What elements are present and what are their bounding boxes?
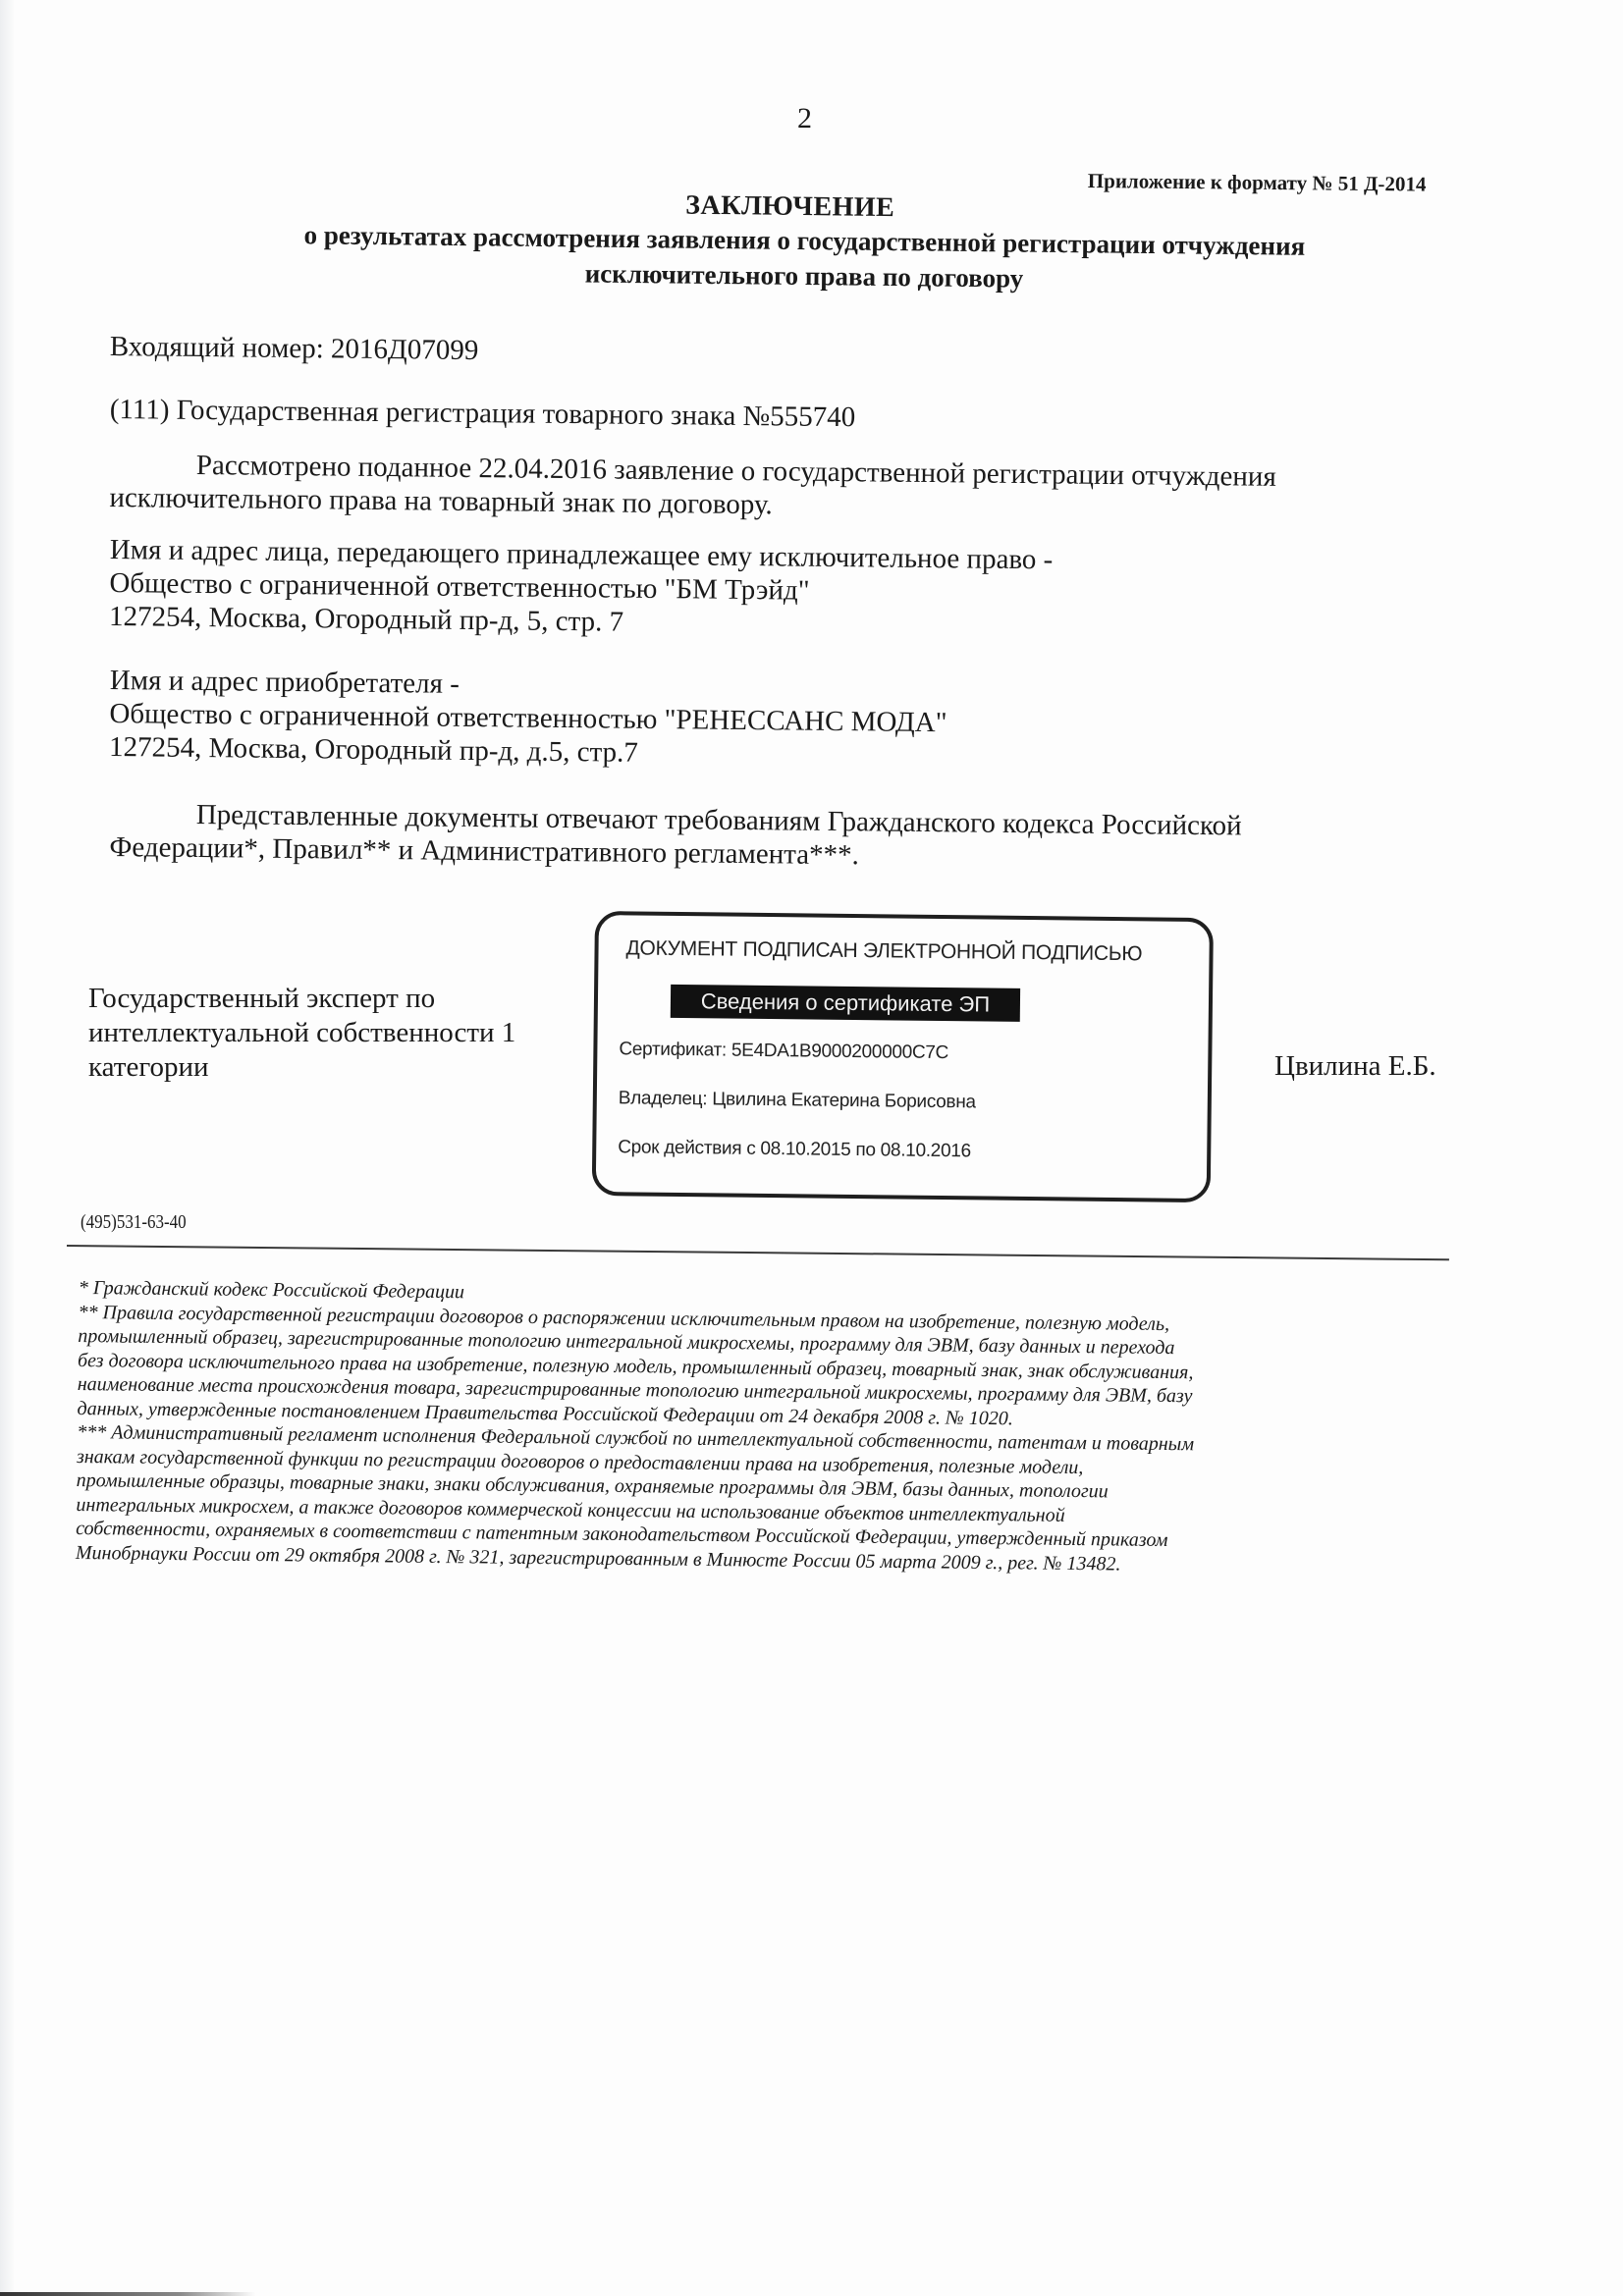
footnotes: * Гражданский кодекс Российской Федераци… [76, 1276, 1473, 1579]
incoming-number-text: Входящий номер: 2016Д07099 [110, 330, 479, 367]
scan-bottom-edge [0, 2292, 255, 2296]
page-number: 2 [797, 102, 812, 135]
stamp-certificate-banner: Сведения о сертификате ЭП [671, 985, 1020, 1022]
electronic-signature-stamp: ДОКУМЕНТ ПОДПИСАН ЭЛЕКТРОННОЙ ПОДПИСЬЮ С… [592, 911, 1214, 1202]
acquirer-section: Имя и адрес приобретателя - Общество с о… [109, 664, 947, 773]
scan-edge-shadow [0, 0, 14, 2296]
expert-line-2: интеллектуальной собственности 1 [88, 1016, 599, 1050]
phone-number: (495)531-63-40 [81, 1211, 187, 1234]
registration-text: (111) Государственная регистрация товарн… [110, 393, 856, 434]
footnote-divider [67, 1245, 1449, 1260]
expert-title: Государственный эксперт по интеллектуаль… [88, 982, 599, 1085]
conclusion-paragraph: Представленные документы отвечают требов… [109, 797, 1242, 876]
stamp-title: ДОКУМЕНТ ПОДПИСАН ЭЛЕКТРОННОЙ ПОДПИСЬЮ [625, 936, 1142, 966]
transferor-section: Имя и адрес лица, передающего принадлежа… [109, 533, 1054, 643]
appendix-note: Приложение к формату № 51 Д-2014 [1088, 169, 1427, 197]
signer-name: Цвилина Е.Б. [1274, 1050, 1436, 1083]
scanned-page: 2 Приложение к формату № 51 Д-2014 ЗАКЛЮ… [0, 0, 1623, 2296]
expert-line-1: Государственный эксперт по [88, 982, 599, 1016]
document-title: ЗАКЛЮЧЕНИЕ о результатах рассмотрения за… [195, 185, 1414, 300]
registration-heading: (111) Государственная регистрация товарн… [110, 393, 856, 434]
stamp-certificate: Сертификат: 5E4DA1B9000200000C7C [619, 1039, 948, 1064]
considered-paragraph: Рассмотрено поданное 22.04.2016 заявлени… [109, 448, 1276, 527]
expert-line-3: категории [88, 1050, 599, 1085]
stamp-validity: Срок действия с 08.10.2015 по 08.10.2016 [618, 1137, 971, 1162]
incoming-number: Входящий номер: 2016Д07099 [110, 330, 479, 367]
stamp-owner: Владелец: Цвилина Екатерина Борисовна [619, 1088, 976, 1113]
